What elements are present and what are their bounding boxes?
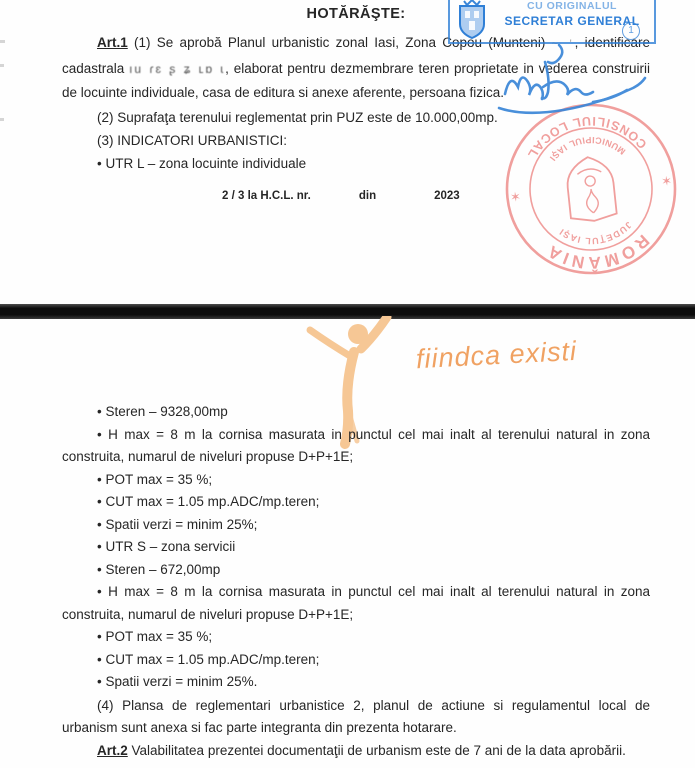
page-2: • Steren – 9328,00mp • H max = 8 m la co… (62, 401, 650, 762)
stamp-line-1: CU ORIGINALUL (494, 0, 650, 12)
watermark-slogan: fiindca existi (415, 336, 577, 375)
scanned-document: HOTĂRĂŞTE: Art.1 (1) Se aprobă Planul ur… (0, 0, 695, 768)
scan-artifact (0, 64, 4, 67)
hcl-number: 2 / 3 la H.C.L. nr. (222, 190, 311, 202)
scan-artifact (0, 40, 5, 43)
bullet-pot-s: • POT max = 35 %; (62, 626, 650, 649)
bullet-steren-s: • Steren – 672,00mp (62, 559, 650, 582)
bullet-steren-l: • Steren – 9328,00mp (62, 401, 650, 424)
article-2-paragraph: Art.2 Valabilitatea prezentei documentaţ… (62, 740, 650, 763)
redacted-cadastral-number: ıu ɾɛ ʂ ʑ ʟɒ ɩ (129, 62, 225, 76)
seal-star-left: ✶ (660, 173, 672, 189)
scan-artifact (0, 118, 4, 121)
article-2-label: Art.2 (97, 743, 128, 758)
bullet-hmax-s: • H max = 8 m la cornisa masurata in pun… (62, 581, 650, 626)
hcl-din: din (359, 190, 376, 202)
bullet-utr-s: • UTR S – zona servicii (62, 536, 650, 559)
round-seal-stamp: ROMÂNIA CONSILIUL LOCAL JUDEŢUL IAŞI MUN… (500, 98, 682, 280)
bullet-pot-l: • POT max = 35 %; (62, 469, 650, 492)
bullet-spatii-l: • Spatii verzi = minim 25%; (62, 514, 650, 537)
coat-of-arms-icon (456, 0, 488, 40)
seal-star-right: ✶ (509, 188, 521, 204)
hcl-year: 2023 (434, 190, 460, 202)
bullet-cut-s: • CUT max = 1.05 mp.ADC/mp.teren; (62, 649, 650, 672)
stamp-circle-mark: 1 (622, 22, 640, 40)
bullet-hmax-l: • H max = 8 m la cornisa masurata in pun… (62, 424, 650, 469)
article-2-text: Valabilitatea prezentei documentaţii de … (128, 743, 626, 758)
signature-ink (495, 42, 653, 122)
bullet-cut-l: • CUT max = 1.05 mp.ADC/mp.teren; (62, 491, 650, 514)
article-1-label: Art.1 (97, 35, 128, 50)
bullet-spatii-s: • Spatii verzi = minim 25%. (62, 671, 650, 694)
seal-coat-of-arms (565, 155, 617, 223)
paragraph-4: (4) Plansa de reglementari urbanistice 2… (62, 695, 650, 740)
